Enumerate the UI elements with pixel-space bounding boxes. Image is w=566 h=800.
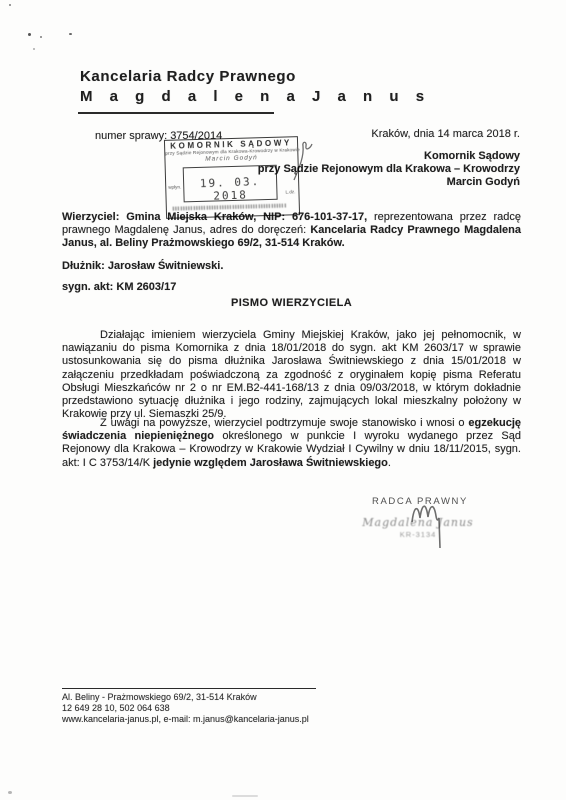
letterhead-rule bbox=[78, 112, 274, 114]
scanned-letter-page: Kancelaria Radcy Prawnego M a g d a l e … bbox=[0, 0, 566, 800]
body-paragraph-2: Z uwagi na powyższe, wierzyciel podtrzym… bbox=[62, 417, 521, 470]
city-and-date: Kraków, dnia 14 marca 2018 r. bbox=[300, 128, 520, 140]
court-bailiff-receipt-stamp: KOMORNIK SĄDOWY przy Sądzie Rejonowym dl… bbox=[164, 136, 300, 219]
stamp-date-box: 19. 03. 2018 bbox=[183, 165, 278, 203]
stamp-microtext bbox=[173, 203, 287, 210]
stamp-ldz-label: L.dz. bbox=[285, 189, 295, 194]
footer-rule bbox=[62, 688, 316, 689]
scan-speck bbox=[28, 33, 31, 36]
scan-speck bbox=[69, 33, 72, 35]
document-title: PISMO WIERZYCIELA bbox=[62, 297, 521, 309]
scan-speck bbox=[232, 795, 258, 797]
pen-checkmark-icon bbox=[290, 140, 316, 184]
case-reference-line: sygn. akt: KM 2603/17 bbox=[62, 281, 176, 293]
scan-speck bbox=[8, 791, 12, 794]
handwritten-signature bbox=[408, 498, 454, 550]
scan-speck bbox=[40, 36, 42, 38]
footer-phone: 12 649 28 10, 502 064 638 bbox=[62, 703, 392, 714]
letterhead-firm-name: Kancelaria Radcy Prawnego bbox=[80, 68, 296, 85]
scan-speck bbox=[9, 4, 11, 6]
stamp-date: 19. 03. 2018 bbox=[184, 174, 277, 203]
letterhead-person-name: M a g d a l e n a J a n u s bbox=[80, 88, 431, 105]
stamp-received-label: wpłyn. bbox=[168, 184, 181, 189]
scan-speck bbox=[33, 48, 35, 50]
footer-address: Al. Beliny - Prażmowskiego 69/2, 31-514 … bbox=[62, 692, 392, 703]
footer-block: Al. Beliny - Prażmowskiego 69/2, 31-514 … bbox=[62, 688, 392, 725]
creditor-paragraph: Wierzyciel: Gmina Miejska Kraków, NIP: 6… bbox=[62, 211, 521, 251]
debtor-line: Dłużnik: Jarosław Świtniewski. bbox=[62, 260, 223, 272]
footer-web-email: www.kancelaria-janus.pl, e-mail: m.janus… bbox=[62, 714, 392, 725]
body-paragraph-1: Działając imieniem wierzyciela Gminy Mie… bbox=[62, 329, 521, 421]
